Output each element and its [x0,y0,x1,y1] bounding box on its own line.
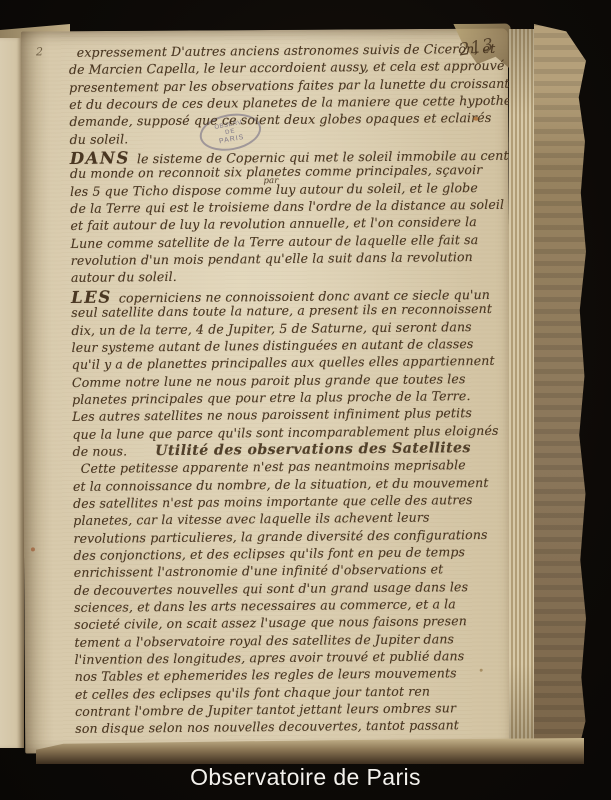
line-text: revolution d'un mois pendant qu'elle la … [71,249,473,268]
line-text: que la lune que parce qu'ils sont incomp… [72,422,498,441]
manuscript-line: son disque selon nos nouvelles decouvert… [75,717,505,738]
line-text: tement a l'observatoire royal des satell… [74,631,454,650]
facing-page-sliver [0,38,24,748]
line-text: sciences, et dans les arts necessaires a… [74,596,456,615]
line-text: nos Tables et ephemerides les regles de … [75,666,457,685]
line-text: qu'il y a de planettes principalles aux … [72,353,495,372]
manuscript-page: 2 213 OBSERV. DE PARIS expressement D'au… [21,29,512,754]
line-text: Comme notre lune ne nous paroit plus gra… [72,371,466,390]
line-text: et fait autour de luy la revolution annu… [70,214,477,233]
line-text: de decouvertes nouvelles qui sont d'un g… [74,579,468,598]
line-text: autour du soleil. [71,269,177,285]
line-text: planetes, car la vitesse avec laquelle i… [73,510,429,528]
line-text: de Marcien Capella, le leur accordoient … [69,58,505,77]
foxing-spot [480,669,483,672]
line-text: dix, un de la terre, 4 de Jupiter, 5 de … [71,319,471,338]
interlinear-insertion: par [263,176,278,186]
line-text: et du decours de ces deux planetes de la… [69,93,525,112]
line-text: planetes principales que pour etre la pl… [72,388,471,407]
line-text: Cette petitesse apparente n'est pas nean… [81,457,466,476]
line-text: son disque selon nos nouvelles decouvert… [75,718,459,737]
fore-edge-rough [534,24,586,758]
line-text: des conjonctions, et des eclipses qu'ils… [74,544,466,563]
line-text: Les autres satellites ne nous paroissent… [72,405,472,424]
line-text: de la Terre qui est le troisieme dans l'… [70,197,504,216]
line-text: Lune comme satellite de la Terre autour … [71,232,479,251]
line-text: des satellites n'est pas moins important… [73,492,473,511]
foxing-spot [31,547,35,551]
foxing-spot [473,117,478,121]
line-text: demande, supposé que ce soient deux glob… [69,110,491,129]
line-text: l'invention des longitudes, apres avoir … [74,648,464,667]
line-text: de nous. [73,443,128,459]
line-text: et la connoissance du nombre, de la situ… [73,475,489,494]
manuscript-text: expressement D'autres anciens astronomes… [69,41,506,739]
line-text: leur systeme autant de lunes distinguées… [72,336,474,355]
line-text: enrichissent l'astronomie d'une infinité… [74,562,444,581]
line-text: societé civile, on scait assez l'usage q… [74,614,467,633]
fore-edge-page-stack [509,29,536,751]
photo-caption: Observatoire de Paris [0,764,611,791]
line-text: seul satellite dans toute la nature, a p… [71,301,492,320]
line-text: expressement D'autres anciens astronomes… [77,41,496,60]
section-heading: Utilité des observations des Satellites [155,440,471,459]
line-text: contrant l'ombre de Jupiter tantot jetta… [75,700,456,719]
manuscript-photograph: 2 213 OBSERV. DE PARIS expressement D'au… [0,0,611,800]
line-text: revolutions particulieres, la grande div… [73,527,487,546]
margin-number: 2 [36,45,43,58]
line-text: et celles des eclipses qu'ils font chaqu… [75,683,430,701]
line-text: du soleil. [70,131,129,147]
line-text: presentement par les observations faites… [69,75,510,94]
